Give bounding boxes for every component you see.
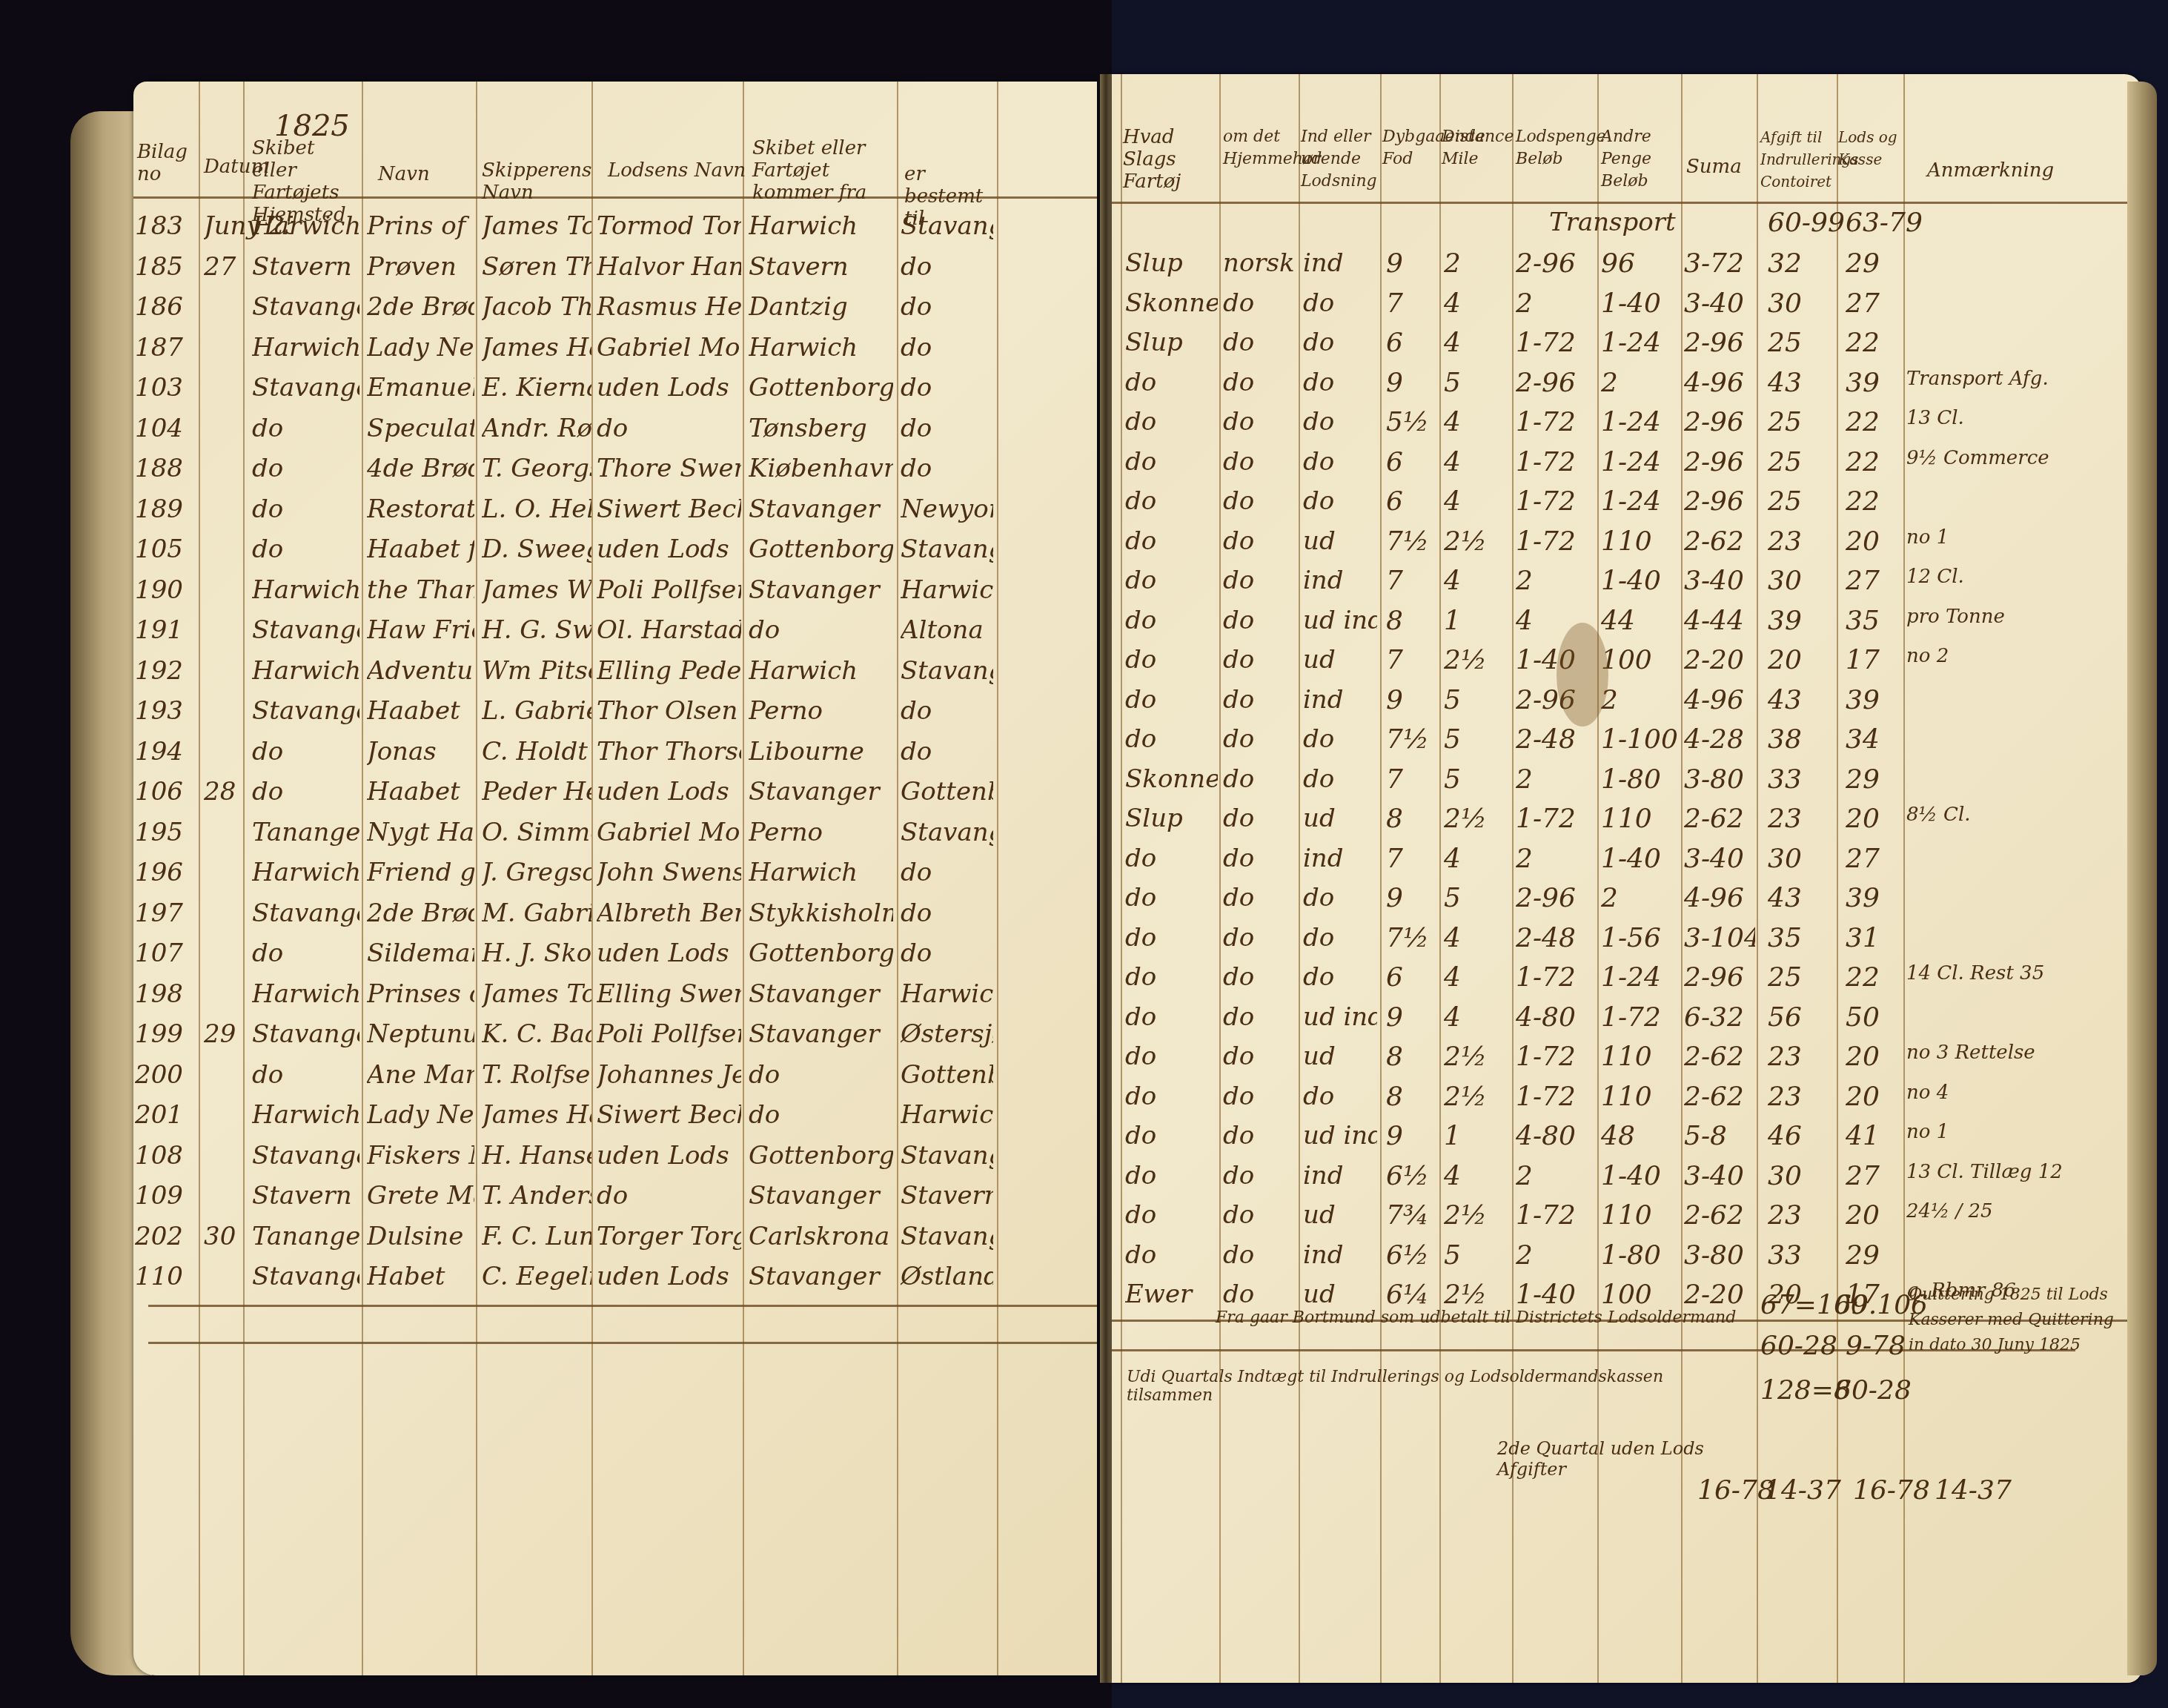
cell-hjemsted: do xyxy=(252,414,359,443)
cell-dybgaaende: 7 xyxy=(1386,288,1438,319)
cell-udtaxt: 1-24 xyxy=(1601,447,1680,477)
cell-dybgaaende: 7¾ xyxy=(1386,1200,1438,1231)
cell-bilag: 109 xyxy=(135,1181,194,1211)
cell-dybgaaende: 6 xyxy=(1386,486,1438,517)
col-header-dybgaaende: Dybgaaende Fod xyxy=(1382,126,1438,171)
cell-lods: Siwert Bech xyxy=(597,1100,741,1130)
cell-navn: Dulsine xyxy=(367,1222,474,1251)
cell-kommer_fra: do xyxy=(749,1100,893,1130)
cell-dybgaaende: 6½ xyxy=(1386,1161,1438,1191)
cell-ind_ud: do xyxy=(1303,288,1377,318)
cell-afgift_indrullering: 30 xyxy=(1768,566,1834,596)
col-header-type: Hvad Slags Fartøj xyxy=(1123,126,1216,193)
cell-hjemsted: Stavanger xyxy=(252,292,359,322)
cell-afgift_indrullering: 32 xyxy=(1768,248,1834,279)
cell-kommer_fra: do xyxy=(749,1060,893,1090)
cell-kommer_fra: Stavern xyxy=(749,252,893,282)
cell-type: Skonnert xyxy=(1125,288,1218,318)
cell-udtaxt: 1-100 xyxy=(1601,724,1680,755)
cell-dybgaaende: 9 xyxy=(1386,368,1438,398)
cell-udtaxt: 100 xyxy=(1601,1280,1680,1310)
cell-udtaxt: 2 xyxy=(1601,685,1680,715)
cell-ind_ud: do xyxy=(1303,724,1377,754)
cell-lodspenge: 1-72 xyxy=(1516,447,1596,477)
cell-hjemsted: Stavanger xyxy=(252,615,359,645)
cell-lodspenge: 2 xyxy=(1516,1161,1596,1191)
cell-mile: 5 xyxy=(1444,883,1511,913)
col-header-lods: Lodsens Navn xyxy=(608,159,746,182)
cell-bestemt: do xyxy=(901,414,993,443)
cell-kommer_fra: Perno xyxy=(749,696,893,726)
cell-summa: 2-62 xyxy=(1684,1082,1755,1112)
cell-afgift_lods: 27 xyxy=(1846,566,1902,596)
cell-lodspenge: 2 xyxy=(1516,844,1596,874)
ink-stain xyxy=(1557,623,1608,726)
cell-dybgaaende: 9 xyxy=(1386,883,1438,913)
cell-lodspenge: 1-72 xyxy=(1516,804,1596,834)
cell-kommer_fra: Tønsberg xyxy=(749,414,893,443)
cell-mile: 5 xyxy=(1444,368,1511,398)
cell-type: do xyxy=(1125,685,1218,715)
cell-bestemt: do xyxy=(901,696,993,726)
left-page: 1825 Bilag no Datum Skibet eller Fartøje… xyxy=(133,82,1097,1675)
cell-bilag: 201 xyxy=(135,1100,194,1130)
cell-afgift_lods: 31 xyxy=(1846,923,1902,953)
cell-lodspenge: 2 xyxy=(1516,764,1596,795)
cell-nation: do xyxy=(1223,1002,1297,1032)
col-header-udtaxt: Andre Penge Beløb xyxy=(1601,126,1679,193)
cell-udtaxt: 1-72 xyxy=(1601,1002,1680,1033)
cell-nation: do xyxy=(1223,1161,1297,1191)
cell-lods: Poli Pollfsen xyxy=(597,1019,741,1049)
cell-bilag: 188 xyxy=(135,454,194,483)
cell-bilag: 200 xyxy=(135,1060,194,1090)
cell-summa: 6-32 xyxy=(1684,1002,1755,1033)
cell-navn: Lady Newell xyxy=(367,1100,474,1130)
cell-dybgaaende: 7½ xyxy=(1386,923,1438,953)
cell-udtaxt: 1-24 xyxy=(1601,486,1680,517)
cell-skipper: Søren Thomsen xyxy=(482,252,591,282)
cell-skipper: James Hannard xyxy=(482,1100,591,1130)
cell-udtaxt: 1-24 xyxy=(1601,407,1680,437)
cell-lods: uden Lods xyxy=(597,939,741,968)
cell-afgift_lods: 22 xyxy=(1846,486,1902,517)
totals-line1-label: Fra gaar Bortmund som udbetalt til Distr… xyxy=(1216,1308,1757,1327)
cell-afgift_indrullering: 25 xyxy=(1768,962,1834,993)
cell-navn: Grete Maria xyxy=(367,1181,474,1211)
cell-lods: Elling Pedersen xyxy=(597,656,741,686)
cell-summa: 2-20 xyxy=(1684,645,1755,675)
cell-mile: 1 xyxy=(1444,606,1511,636)
cell-anm: Transport Afg. xyxy=(1906,368,2129,390)
quarter-value-d: 14-37 xyxy=(1935,1475,2012,1506)
cell-udtaxt: 1-56 xyxy=(1601,923,1680,953)
cell-dybgaaende: 6 xyxy=(1386,447,1438,477)
book-gutter xyxy=(1100,74,1112,1683)
cell-hjemsted: Stavern xyxy=(252,252,359,282)
cell-mile: 5 xyxy=(1444,685,1511,715)
cell-anm: 12 Cl. xyxy=(1906,566,2129,588)
cell-udtaxt: 1-40 xyxy=(1601,566,1680,596)
cell-summa: 2-96 xyxy=(1684,962,1755,993)
cell-hjemsted: Stavanger xyxy=(252,373,359,403)
cell-afgift_lods: 29 xyxy=(1846,248,1902,279)
cell-lodspenge: 1-72 xyxy=(1516,1082,1596,1112)
transport-afgift-lods: 63-79 xyxy=(1846,208,1923,238)
cell-lods: Poli Pollfsen xyxy=(597,575,741,605)
cell-ind_ud: do xyxy=(1303,407,1377,437)
cell-type: do xyxy=(1125,606,1218,635)
cell-lods: Gabriel Monsen xyxy=(597,333,741,363)
cell-afgift_lods: 17 xyxy=(1846,645,1902,675)
cell-bilag: 187 xyxy=(135,333,194,363)
cell-afgift_lods: 22 xyxy=(1846,328,1902,358)
cell-ind_ud: do xyxy=(1303,486,1377,516)
cell-summa: 3-104 xyxy=(1684,923,1755,953)
cell-navn: Prøven xyxy=(367,252,474,282)
cell-ind_ud: do xyxy=(1303,368,1377,397)
cell-mile: 4 xyxy=(1444,1002,1511,1033)
cell-ind_ud: do xyxy=(1303,883,1377,913)
cell-kommer_fra: Harwich xyxy=(749,333,893,363)
cell-nation: do xyxy=(1223,962,1297,992)
cell-type: Ewer xyxy=(1125,1280,1218,1309)
cell-summa: 2-62 xyxy=(1684,526,1755,557)
cell-bestemt: Stavanger xyxy=(901,211,993,241)
cell-lodspenge: 2-48 xyxy=(1516,923,1596,953)
cell-ind_ud: do xyxy=(1303,962,1377,992)
cell-mile: 2½ xyxy=(1444,526,1511,557)
cell-kommer_fra: Libourne xyxy=(749,737,893,767)
cell-summa: 2-96 xyxy=(1684,328,1755,358)
cell-dybgaaende: 6¼ xyxy=(1386,1280,1438,1310)
cell-udtaxt: 1-80 xyxy=(1601,1240,1680,1271)
cell-summa: 4-96 xyxy=(1684,883,1755,913)
cell-mile: 2½ xyxy=(1444,1042,1511,1072)
cell-dybgaaende: 8 xyxy=(1386,606,1438,636)
cell-hjemsted: do xyxy=(252,777,359,807)
col-header-anmaerkning: Anmærkning xyxy=(1927,159,2054,182)
cell-bestemt: Stavern xyxy=(901,1181,993,1211)
cell-lodspenge: 4-80 xyxy=(1516,1002,1596,1033)
cell-type: do xyxy=(1125,883,1218,913)
cell-udtaxt: 100 xyxy=(1601,645,1680,675)
cell-afgift_lods: 39 xyxy=(1846,368,1902,398)
cell-udtaxt: 1-24 xyxy=(1601,328,1680,358)
cell-skipper: O. Simme xyxy=(482,818,591,847)
cell-lodspenge: 2-96 xyxy=(1516,248,1596,279)
cell-kommer_fra: Harwich xyxy=(749,858,893,887)
cell-bestemt: Østersjøen xyxy=(901,1019,993,1049)
cell-afgift_lods: 35 xyxy=(1846,606,1902,636)
cell-lodspenge: 1-72 xyxy=(1516,526,1596,557)
cell-type: do xyxy=(1125,486,1218,516)
cell-bestemt: do xyxy=(901,898,993,928)
cell-dybgaaende: 6 xyxy=(1386,328,1438,358)
cell-lods: Rasmus Hellesto xyxy=(597,292,741,322)
cell-summa: 4-96 xyxy=(1684,368,1755,398)
cell-udtaxt: 2 xyxy=(1601,368,1680,398)
cell-lods: Thor Thorsen xyxy=(597,737,741,767)
col-header-summa: Suma xyxy=(1686,156,1742,178)
cell-anm: 9½ Commerce xyxy=(1906,447,2129,469)
cell-nation: do xyxy=(1223,486,1297,516)
cell-summa: 5-8 xyxy=(1684,1121,1755,1151)
cell-skipper: J. Gregson xyxy=(482,858,591,887)
cell-lods: do xyxy=(597,1181,741,1211)
cell-lods: Johannes Jensen xyxy=(597,1060,741,1090)
col-header-ind-ud: Ind eller ud Lodsning xyxy=(1301,126,1379,193)
cell-udtaxt: 1-40 xyxy=(1601,1161,1680,1191)
cell-anm: 24½ / 25 xyxy=(1906,1200,2129,1222)
cell-hjemsted: do xyxy=(252,1060,359,1090)
cell-bilag: 183 xyxy=(135,211,194,241)
cell-udtaxt: 110 xyxy=(1601,526,1680,557)
cell-bestemt: Newyork xyxy=(901,494,993,524)
cell-lods: Thor Olsen xyxy=(597,696,741,726)
cell-hjemsted: Stavanger xyxy=(252,1262,359,1291)
totals-line2-a: 60-28 xyxy=(1760,1331,1837,1361)
cell-ind_ud: ud xyxy=(1303,1200,1377,1230)
cell-hjemsted: Harwich xyxy=(252,211,359,241)
cell-mile: 4 xyxy=(1444,962,1511,993)
cell-dybgaaende: 9 xyxy=(1386,248,1438,279)
cell-skipper: C. Holdt xyxy=(482,737,591,767)
cell-bestemt: Altona xyxy=(901,615,993,645)
cell-anm: pro Tonne xyxy=(1906,606,2129,628)
cell-skipper: James Hannard xyxy=(482,333,591,363)
cell-hjemsted: Harwich xyxy=(252,575,359,605)
cell-skipper: James Totham xyxy=(482,211,591,241)
cell-afgift_indrullering: 43 xyxy=(1768,883,1834,913)
col-header-nation: om det Hjemmehørende xyxy=(1223,126,1297,171)
quarter-value-a: 16-78 xyxy=(1697,1475,1774,1506)
cell-summa: 3-40 xyxy=(1684,288,1755,319)
cell-type: do xyxy=(1125,923,1218,953)
cell-kommer_fra: do xyxy=(749,615,893,645)
cell-skipper: F. C. Lund xyxy=(482,1222,591,1251)
cell-lodspenge: 2 xyxy=(1516,566,1596,596)
cell-afgift_indrullering: 20 xyxy=(1768,645,1834,675)
cell-nation: do xyxy=(1223,1200,1297,1230)
cell-nation: do xyxy=(1223,764,1297,794)
cell-nation: do xyxy=(1223,1121,1297,1151)
cell-type: Skonnert xyxy=(1125,764,1218,794)
cell-summa: 2-62 xyxy=(1684,1200,1755,1231)
cell-bilag: 105 xyxy=(135,534,194,564)
cell-bilag: 202 xyxy=(135,1222,194,1251)
cell-bilag: 186 xyxy=(135,292,194,322)
cell-lods: John Swensen xyxy=(597,858,741,887)
cell-afgift_indrullering: 30 xyxy=(1768,1161,1834,1191)
cell-anm: 13 Cl. Tillæg 12 xyxy=(1906,1161,2129,1183)
cell-dybgaaende: 7½ xyxy=(1386,724,1438,755)
cell-anm: no 4 xyxy=(1906,1082,2129,1104)
cell-navn: the Thames xyxy=(367,575,474,605)
cell-bestemt: Gottenborg xyxy=(901,1060,993,1090)
cell-navn: Restoration xyxy=(367,494,474,524)
cell-ind_ud: do xyxy=(1303,328,1377,357)
cell-dybgaaende: 9 xyxy=(1386,1002,1438,1033)
cell-hjemsted: Stavanger xyxy=(252,1019,359,1049)
cell-udtaxt: 1-24 xyxy=(1601,962,1680,993)
col-header-mile: Distance Mile xyxy=(1442,126,1508,171)
cell-navn: Emanuel xyxy=(367,373,474,403)
cell-nation: do xyxy=(1223,288,1297,318)
quarter-value-b: 14-37 xyxy=(1764,1475,1841,1506)
cell-kommer_fra: Gottenborg xyxy=(749,939,893,968)
cell-lods: Tormod Tormodsen xyxy=(597,211,741,241)
cell-anm: no 3 Rettelse xyxy=(1906,1042,2129,1064)
cell-ind_ud: ind xyxy=(1303,1161,1377,1191)
cell-summa: 2-62 xyxy=(1684,1042,1755,1072)
cell-skipper: T. Rolfsen xyxy=(482,1060,591,1090)
cell-nation: do xyxy=(1223,1042,1297,1071)
cell-lodspenge: 2 xyxy=(1516,1240,1596,1271)
cell-skipper: K. C. Baade xyxy=(482,1019,591,1049)
cell-lodspenge: 1-72 xyxy=(1516,328,1596,358)
cell-bilag: 190 xyxy=(135,575,194,605)
cell-mile: 4 xyxy=(1444,288,1511,319)
quarter-label: 2de Quartal uden Lods Afgifter xyxy=(1497,1438,1734,1480)
quarter-value-c: 16-78 xyxy=(1853,1475,1930,1506)
cell-dybgaaende: 9 xyxy=(1386,1121,1438,1151)
cell-lods: do xyxy=(597,414,741,443)
cell-bilag: 191 xyxy=(135,615,194,645)
cell-nation: do xyxy=(1223,923,1297,953)
cell-lodspenge: 1-72 xyxy=(1516,486,1596,517)
cell-hjemsted: Stavanger xyxy=(252,696,359,726)
cell-hjemsted: Harwich xyxy=(252,858,359,887)
cell-nation: do xyxy=(1223,724,1297,754)
cell-bilag: 110 xyxy=(135,1262,194,1291)
cell-dybgaaende: 6½ xyxy=(1386,1240,1438,1271)
cell-skipper: C. Eegelind xyxy=(482,1262,591,1291)
cell-dybgaaende: 9 xyxy=(1386,685,1438,715)
cell-navn: Ane Margrethe xyxy=(367,1060,474,1090)
cell-ind_ud: ind xyxy=(1303,566,1377,595)
cell-lodspenge: 2-96 xyxy=(1516,368,1596,398)
cell-hjemsted: do xyxy=(252,454,359,483)
cell-udtaxt: 110 xyxy=(1601,1082,1680,1112)
cell-bilag: 197 xyxy=(135,898,194,928)
cell-dybgaaende: 8 xyxy=(1386,1082,1438,1112)
cell-summa: 2-96 xyxy=(1684,486,1755,517)
cell-kommer_fra: Harwich xyxy=(749,211,893,241)
cell-type: do xyxy=(1125,566,1218,595)
cell-nation: do xyxy=(1223,566,1297,595)
cell-bestemt: do xyxy=(901,858,993,887)
cell-hjemsted: Stavanger xyxy=(252,898,359,928)
cell-bestemt: Harwich xyxy=(901,575,993,605)
cell-mile: 2½ xyxy=(1444,645,1511,675)
year-header: 1825 xyxy=(274,115,350,137)
cell-skipper: Wm Pitscher xyxy=(482,656,591,686)
cell-navn: Haabet xyxy=(367,777,474,807)
cell-bestemt: do xyxy=(901,292,993,322)
cell-mile: 4 xyxy=(1444,328,1511,358)
cell-dybgaaende: 7 xyxy=(1386,566,1438,596)
cell-lodspenge: 1-72 xyxy=(1516,1042,1596,1072)
cell-bilag: 189 xyxy=(135,494,194,524)
cell-anm: 8½ Cl. xyxy=(1906,804,2129,826)
cell-skipper: Jacob Thorsen xyxy=(482,292,591,322)
cell-bestemt: do xyxy=(901,454,993,483)
cell-kommer_fra: Gottenborg xyxy=(749,1141,893,1171)
totals-line2-b: 9-78 xyxy=(1846,1331,1906,1361)
cell-mile: 4 xyxy=(1444,844,1511,874)
cell-navn: Fiskers Magelig xyxy=(367,1141,474,1171)
col-header-kommer-fra: Skibet eller Fartøjet kommer fra xyxy=(752,137,893,204)
cell-lodspenge: 2 xyxy=(1516,288,1596,319)
cell-type: Slup xyxy=(1125,804,1218,833)
cell-afgift_lods: 39 xyxy=(1846,883,1902,913)
cell-nation: do xyxy=(1223,328,1297,357)
cell-type: Slup xyxy=(1125,248,1218,278)
cell-lodspenge: 1-72 xyxy=(1516,407,1596,437)
cell-skipper: H. G. Swensen xyxy=(482,615,591,645)
cell-udtaxt: 1-80 xyxy=(1601,764,1680,795)
cell-afgift_lods: 20 xyxy=(1846,1200,1902,1231)
cell-skipper: H. Hansen xyxy=(482,1141,591,1171)
cell-lods: uden Lods xyxy=(597,1262,741,1291)
cell-afgift_lods: 27 xyxy=(1846,1161,1902,1191)
col-header-afgift-indrullering: Afgift til Indrullerings Contoiret xyxy=(1760,126,1834,193)
cell-skipper: D. Sweege xyxy=(482,534,591,564)
cell-mile: 2½ xyxy=(1444,1200,1511,1231)
cell-navn: Habet xyxy=(367,1262,474,1291)
cell-navn: Nygt Haab xyxy=(367,818,474,847)
cell-kommer_fra: Gottenborg xyxy=(749,534,893,564)
cell-navn: Prins of Wales xyxy=(367,211,474,241)
cell-kommer_fra: Gottenborg xyxy=(749,373,893,403)
cell-bilag: 198 xyxy=(135,979,194,1009)
cell-bestemt: Stavanger xyxy=(901,534,993,564)
cell-navn: Adventure xyxy=(367,656,474,686)
cell-hjemsted: Harwich xyxy=(252,333,359,363)
cell-lodspenge: 1-72 xyxy=(1516,1200,1596,1231)
cell-type: do xyxy=(1125,844,1218,873)
cell-bilag: 192 xyxy=(135,656,194,686)
cell-kommer_fra: Carlskrona xyxy=(749,1222,893,1251)
cell-bilag: 108 xyxy=(135,1141,194,1171)
cell-hjemsted: Stavern xyxy=(252,1181,359,1211)
cell-ind_ud: ind xyxy=(1303,844,1377,873)
cell-bestemt: Harwich xyxy=(901,1100,993,1130)
cell-navn: 2de Brødre xyxy=(367,292,474,322)
cell-hjemsted: Tananger xyxy=(252,1222,359,1251)
cell-kommer_fra: Stavanger xyxy=(749,1262,893,1291)
cell-navn: Sildeman xyxy=(367,939,474,968)
cell-lods: uden Lods xyxy=(597,777,741,807)
col-header-bilag: Bilag no xyxy=(137,141,196,185)
col-header-afgift-lods: Lods og Kasse xyxy=(1838,126,1901,171)
cell-ind_ud: ud xyxy=(1303,1280,1377,1309)
cell-ind_ud: do xyxy=(1303,447,1377,477)
cell-mile: 4 xyxy=(1444,407,1511,437)
cell-kommer_fra: Stavanger xyxy=(749,494,893,524)
cell-skipper: L. Gabrielsen xyxy=(482,696,591,726)
cell-nation: do xyxy=(1223,1280,1297,1309)
cell-lodspenge: 4-80 xyxy=(1516,1121,1596,1151)
cell-afgift_indrullering: 46 xyxy=(1768,1121,1834,1151)
cell-bilag: 196 xyxy=(135,858,194,887)
cell-nation: do xyxy=(1223,606,1297,635)
cell-nation: do xyxy=(1223,1082,1297,1111)
cell-type: do xyxy=(1125,962,1218,992)
cell-summa: 3-40 xyxy=(1684,1161,1755,1191)
cell-type: do xyxy=(1125,1002,1218,1032)
